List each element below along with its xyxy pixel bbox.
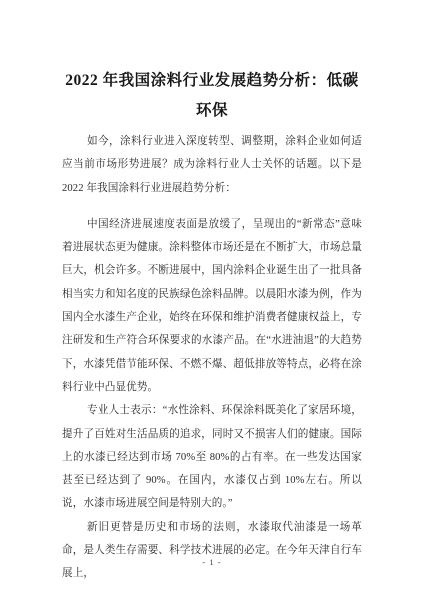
document-body: 如今，涂料行业进入深度转型、调整期，涂料企业如何适应当前市场形势进展？成为涂料行… — [62, 130, 362, 586]
paragraph-replacement-trend: 新旧更替是历史和市场的法则，水漆取代油漆是一场革命，是人类生存需要、科学技术进展… — [62, 516, 362, 586]
paragraph-intro: 如今，涂料行业进入深度转型、调整期，涂料企业如何适应当前市场形势进展？成为涂料行… — [62, 130, 362, 200]
paragraph-expert-quote: 专业人士表示：“水性涂料、环保涂料既美化了家居环境，提升了百姓对生活品质的追求，… — [62, 399, 362, 515]
document-title: 2022 年我国涂料行业发展趋势分析：低碳 环保 — [50, 66, 374, 126]
page-number: - 1 - — [0, 556, 424, 568]
paragraph-market-overview: 中国经济进展速度表面是放缓了，呈现出的“新常态”意味着进展状态更为健康。涂料整体… — [62, 213, 362, 399]
title-line-1: 2022 年我国涂料行业发展趋势分析：低碳 — [50, 66, 374, 96]
document-page: 2022 年我国涂料行业发展趋势分析：低碳 环保 如今，涂料行业进入深度转型、调… — [0, 0, 424, 600]
title-line-2: 环保 — [50, 96, 374, 126]
